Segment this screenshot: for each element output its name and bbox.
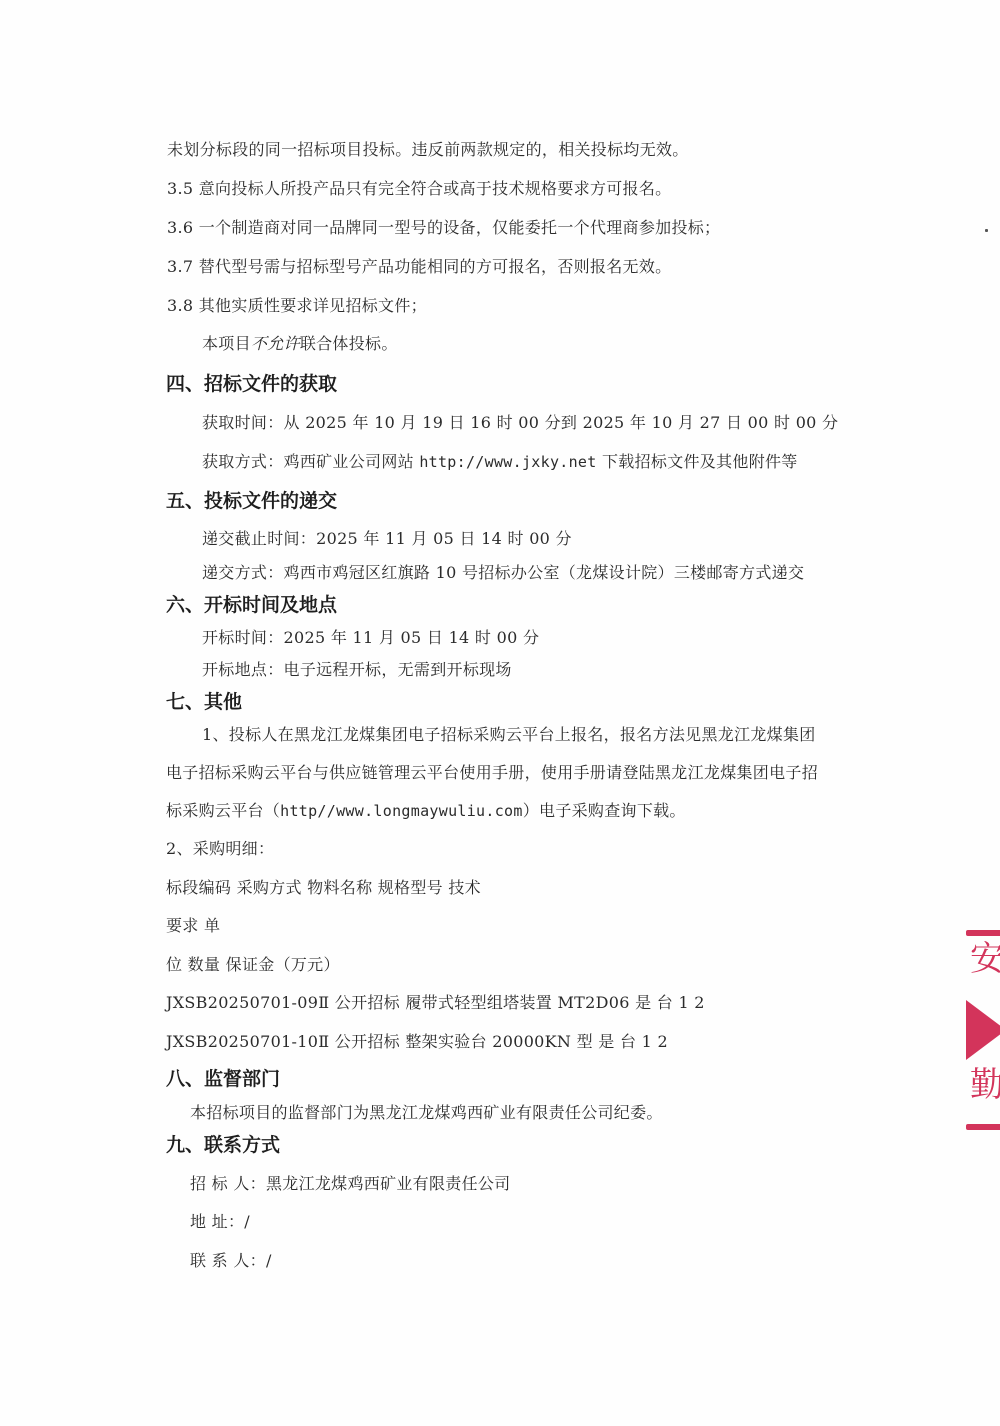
scan-speck <box>985 229 988 232</box>
section-9-heading: 九、联系方式 <box>166 1133 280 1157</box>
consortium-note: 本项目不允许联合体投标。 <box>202 333 398 355</box>
acquire-time-label: 获取时间： <box>202 413 284 432</box>
consortium-emphasis: 不允许 <box>251 334 300 353</box>
contact-person: 联 系 人：/ <box>190 1250 272 1272</box>
table-header-line-2: 要求 单 <box>166 915 220 937</box>
table-row: JXSB20250701-10Ⅱ 公开招标 整架实验台 20000KN 型 是 … <box>166 1031 668 1053</box>
consortium-prefix: 本项目 <box>202 334 251 353</box>
contact-tenderer: 招 标 人：黑龙江龙煤鸡西矿业有限责任公司 <box>190 1173 511 1195</box>
seal-char-bottom: 勤 <box>970 1066 1000 1104</box>
address-value: / <box>244 1212 250 1231</box>
supervision-text: 本招标项目的监督部门为黑龙江龙煤鸡西矿业有限责任公司纪委。 <box>190 1102 663 1124</box>
submission-deadline: 递交截止时间：2025 年 11 月 05 日 14 时 00 分 <box>202 528 572 550</box>
section-4-heading: 四、招标文件的获取 <box>166 372 337 396</box>
submission-method-value: 鸡西市鸡冠区红旗路 10 号招标办公室（龙煤设计院）三楼邮寄方式递交 <box>284 563 805 582</box>
acquire-time-value: 从 2025 年 10 月 19 日 16 时 00 分到 2025 年 10 … <box>284 413 839 432</box>
opening-place: 开标地点：电子远程开标，无需到开标现场 <box>202 659 512 681</box>
table-header-line-3: 位 数量 保证金（万元） <box>166 954 340 976</box>
clause-text: 意向投标人所投产品只有完全符合或高于技术规格要求方可报名。 <box>199 179 672 198</box>
opening-place-label: 开标地点： <box>202 660 284 679</box>
submission-method-label: 递交方式： <box>202 563 284 582</box>
contact-person-label: 联 系 人： <box>190 1251 266 1270</box>
clause-text: 其他实质性要求详见招标文件； <box>199 296 427 315</box>
table-header-line-1: 标段编码 采购方式 物料名称 规格型号 技术 <box>166 877 481 899</box>
clause-number: 3.5 <box>167 179 193 198</box>
acquire-method-prefix: 鸡西矿业公司网站 <box>284 452 414 471</box>
seal-star-icon <box>966 1000 1000 1060</box>
clause-3-8: 3.8 其他实质性要求详见招标文件； <box>167 295 427 317</box>
submission-method: 递交方式：鸡西市鸡冠区红旗路 10 号招标办公室（龙煤设计院）三楼邮寄方式递交 <box>202 562 804 584</box>
acquire-method-label: 获取方式： <box>202 452 284 471</box>
opening-time-value: 2025 年 11 月 05 日 14 时 00 分 <box>284 628 540 647</box>
longmay-url-link[interactable]: http//www.longmaywuliu.com <box>280 802 523 820</box>
opening-place-value: 电子远程开标，无需到开标现场 <box>284 660 512 679</box>
section-8-heading: 八、监督部门 <box>166 1067 280 1091</box>
acquire-method-suffix: 下载招标文件及其他附件等 <box>602 452 798 471</box>
address-label: 地 址： <box>190 1212 244 1231</box>
section-7-heading: 七、其他 <box>166 690 242 714</box>
seal-border-bottom <box>966 1124 1000 1130</box>
tenderer-label: 招 标 人： <box>190 1174 266 1193</box>
clause-text: 一个制造商对同一品牌同一型号的设备，仅能委托一个代理商参加投标； <box>199 218 721 237</box>
acquire-method: 获取方式：鸡西矿业公司网站 http://www.jxky.net 下载招标文件… <box>202 451 798 473</box>
opening-time: 开标时间：2025 年 11 月 05 日 14 时 00 分 <box>202 627 539 649</box>
clause-number: 3.6 <box>167 218 193 237</box>
para1-line3-prefix: 标采购云平台（ <box>166 801 280 820</box>
seal-border-top <box>966 930 1000 936</box>
submission-deadline-value: 2025 年 11 月 05 日 14 时 00 分 <box>316 529 572 548</box>
acquire-time: 获取时间：从 2025 年 10 月 19 日 16 时 00 分到 2025 … <box>202 412 838 434</box>
other-para-1-line-2: 电子招标采购云平台与供应链管理云平台使用手册，使用手册请登陆黑龙江龙煤集团电子招 <box>166 762 818 784</box>
document-page: 未划分标段的同一招标项目投标。违反前两款规定的，相关投标均无效。 3.5 意向投… <box>0 0 1000 1426</box>
para1-line3-suffix: ）电子采购查询下载。 <box>523 801 686 820</box>
clause-text: 替代型号需与招标型号产品功能相同的方可报名，否则报名无效。 <box>199 257 672 276</box>
procurement-detail-title: 2、采购明细： <box>166 838 274 860</box>
seal-char-top: 安 <box>970 940 1000 978</box>
contact-address: 地 址：/ <box>190 1211 250 1233</box>
other-para-1-line-3: 标采购云平台（http//www.longmaywuliu.com）电子采购查询… <box>166 800 686 822</box>
jxky-url-link[interactable]: http://www.jxky.net <box>419 453 596 471</box>
clause-number: 3.8 <box>167 296 193 315</box>
section-5-heading: 五、投标文件的递交 <box>166 489 337 513</box>
other-para-1-line-1: 1、投标人在黑龙江龙煤集团电子招标采购云平台上报名，报名方法见黑龙江龙煤集团 <box>202 724 816 746</box>
clause-3-7: 3.7 替代型号需与招标型号产品功能相同的方可报名，否则报名无效。 <box>167 256 671 278</box>
red-seal-stamp: 安 勤 <box>966 928 1000 1138</box>
table-row: JXSB20250701-09Ⅱ 公开招标 履带式轻型组塔装置 MT2D06 是… <box>166 992 705 1014</box>
consortium-suffix: 联合体投标。 <box>300 334 398 353</box>
contact-person-value: / <box>266 1251 272 1270</box>
tenderer-value: 黑龙江龙煤鸡西矿业有限责任公司 <box>266 1174 511 1193</box>
submission-deadline-label: 递交截止时间： <box>202 529 316 548</box>
clause-3-6: 3.6 一个制造商对同一品牌同一型号的设备，仅能委托一个代理商参加投标； <box>167 217 720 239</box>
clause-number: 3.7 <box>167 257 193 276</box>
continuation-line: 未划分标段的同一招标项目投标。违反前两款规定的，相关投标均无效。 <box>167 139 689 161</box>
section-6-heading: 六、开标时间及地点 <box>166 593 337 617</box>
clause-3-5: 3.5 意向投标人所投产品只有完全符合或高于技术规格要求方可报名。 <box>167 178 671 200</box>
opening-time-label: 开标时间： <box>202 628 284 647</box>
